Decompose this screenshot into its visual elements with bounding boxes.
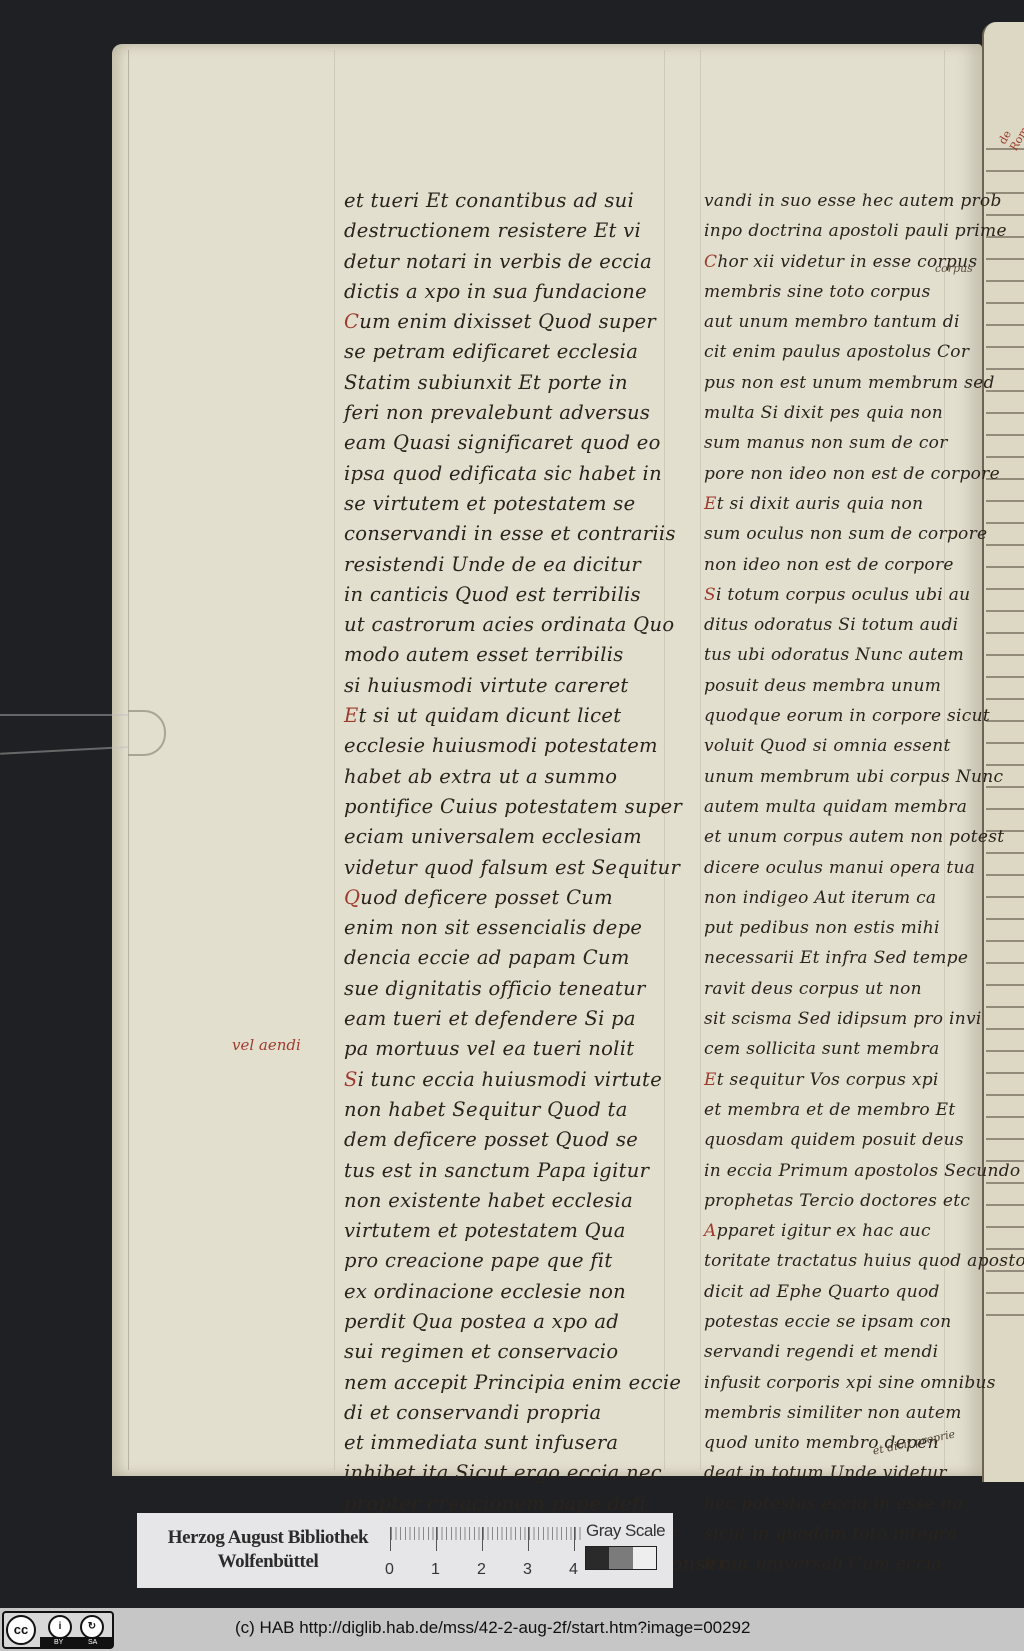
margin-note-right: corpus	[935, 262, 973, 275]
manuscript-line: inhibet ita Sicut ergo eccia nec	[344, 1458, 654, 1488]
ruler-tick	[390, 1527, 391, 1551]
page-gutter-edge	[118, 50, 129, 1470]
clip-wire	[0, 746, 128, 755]
ruler-tick	[482, 1527, 483, 1551]
manuscript-line: ravit deus corpus ut non	[704, 974, 964, 1004]
ruler-label: 1	[431, 1561, 440, 1579]
scale-ruler	[390, 1527, 581, 1549]
manuscript-line: cem sollicita sunt membra	[704, 1034, 964, 1064]
manuscript-line: inpo doctrina apostoli pauli prime	[704, 216, 964, 246]
manuscript-line: necessarii Et infra Sed tempe	[704, 943, 964, 973]
manuscript-line: Cum enim dixisset Quod super	[344, 307, 654, 337]
gray-swatch-mid	[609, 1547, 632, 1569]
manuscript-line: videtur quod falsum est Sequitur	[344, 853, 654, 883]
manuscript-line: se petram edificaret ecclesia	[344, 337, 654, 367]
manuscript-line: detur notari in verbis de eccia	[344, 247, 654, 277]
manuscript-line: pontifice Cuius potestatem super	[344, 792, 654, 822]
manuscript-line: li aut universali Cum eccia	[704, 1549, 964, 1579]
manuscript-line: autem multa quidam membra	[704, 792, 964, 822]
manuscript-line: Et si dixit auris quia non	[704, 489, 964, 519]
manuscript-line: membris sine toto corpus	[704, 277, 964, 307]
manuscript-line: sit scisma Sed idipsum pro invi	[704, 1004, 964, 1034]
manuscript-line: multa Si dixit pes quia non	[704, 398, 964, 428]
manuscript-line: feri non prevalebunt adversus	[344, 398, 654, 428]
gray-scale-label: Gray Scale	[586, 1521, 665, 1541]
manuscript-line: pus non est unum membrum sed	[704, 368, 964, 398]
manuscript-line: di et conservandi propria	[344, 1398, 654, 1428]
manuscript-line: ecclesie huiusmodi potestatem	[344, 731, 654, 761]
ruler-label: 2	[477, 1561, 486, 1579]
manuscript-line: perdit Qua postea a xpo ad	[344, 1307, 654, 1337]
margin-note-left: vel aendi	[232, 1036, 301, 1054]
manuscript-line: Et sequitur Vos corpus xpi	[704, 1065, 964, 1095]
credit-url[interactable]: (c) HAB http://diglib.hab.de/mss/42-2-au…	[235, 1618, 750, 1638]
manuscript-line: membris similiter non autem	[704, 1398, 964, 1428]
manuscript-line: hec potestas eccia in esse no	[704, 1489, 964, 1519]
gray-scale-swatches	[585, 1546, 657, 1570]
manuscript-line: Si tunc eccia huiusmodi virtute	[344, 1065, 654, 1095]
manuscript-line: modo autem esset terribilis	[344, 640, 654, 670]
manuscript-line: Apparet igitur ex hac auc	[704, 1216, 964, 1246]
ruler-label: 3	[523, 1561, 532, 1579]
manuscript-line: non habet Sequitur Quod ta	[344, 1095, 654, 1125]
ruler-tick	[528, 1527, 529, 1551]
manuscript-line: et membra et de membro Et	[704, 1095, 964, 1125]
manuscript-line: se virtutem et potestatem se	[344, 489, 654, 519]
manuscript-line: tus ubi odoratus Nunc autem	[704, 640, 964, 670]
manuscript-line: pore non ideo non est de corpore	[704, 459, 964, 489]
manuscript-line: conservandi in esse et contrariis	[344, 519, 654, 549]
license-strip	[40, 1637, 112, 1647]
manuscript-line: ditus odoratus Si totum audi	[704, 610, 964, 640]
manuscript-line: pro creacione pape que fit	[344, 1246, 654, 1276]
manuscript-line: ipsa quod edificata sic habet in	[344, 459, 654, 489]
sa-label: SA	[88, 1639, 97, 1646]
manuscript-line: resistendi Unde de ea dicitur	[344, 550, 654, 580]
manuscript-line: non existente habet ecclesia	[344, 1186, 654, 1216]
manuscript-line: deat in totum Unde videtur	[704, 1458, 964, 1488]
manuscript-line: sicut in quodam toto integra	[704, 1519, 964, 1549]
ruler-label: 4	[569, 1561, 578, 1579]
ruler-label: 0	[385, 1561, 394, 1579]
institution-line-1: Herzog August Bibliothek	[153, 1526, 383, 1550]
manuscript-line: nem accepit Principia enim eccie	[344, 1368, 654, 1398]
manuscript-line: toritate tractatus huius quod apostolus	[704, 1246, 964, 1276]
manuscript-line: sui regimen et conservacio	[344, 1337, 654, 1367]
manuscript-line: non ideo non est de corpore	[704, 550, 964, 580]
manuscript-line: virtutem et potestatem Qua	[344, 1216, 654, 1246]
institution-name: Herzog August Bibliothek Wolfenbüttel	[153, 1526, 383, 1574]
manuscript-line: ut castrorum acies ordinata Quo	[344, 610, 654, 640]
manuscript-line: Chor xii videtur in esse corpus	[704, 247, 964, 277]
ruling-line	[334, 50, 335, 1470]
manuscript-line: dictis a xpo in sua fundacione	[344, 277, 654, 307]
manuscript-line: eam Quasi significaret quod eo	[344, 428, 654, 458]
gray-swatch-light	[633, 1547, 656, 1569]
attribution-icon: i	[48, 1615, 72, 1639]
manuscript-line: infusit corporis xpi sine omnibus	[704, 1368, 964, 1398]
manuscript-line: vandi in suo esse hec autem prob	[704, 186, 964, 216]
manuscript-line: Quod deficere posset Cum	[344, 883, 654, 913]
manuscript-line: non indigeo Aut iterum ca	[704, 883, 964, 913]
manuscript-line: sum oculus non sum de corpore	[704, 519, 964, 549]
cc-icon: cc	[6, 1615, 36, 1645]
ruler-tick	[574, 1527, 575, 1551]
by-label: BY	[54, 1639, 63, 1646]
manuscript-line: Si totum corpus oculus ubi au	[704, 580, 964, 610]
manuscript-line: aut unum membro tantum di	[704, 307, 964, 337]
clip-wire	[0, 714, 128, 716]
manuscript-line: servandi regendi et mendi	[704, 1337, 964, 1367]
manuscript-line: in eccia Primum apostolos Secundo	[704, 1156, 964, 1186]
manuscript-line: et unum corpus autem non potest	[704, 822, 964, 852]
manuscript-line: in canticis Quod est terribilis	[344, 580, 654, 610]
manuscript-line: dicere oculus manui opera tua	[704, 853, 964, 883]
manuscript-line: eam tueri et defendere Si pa	[344, 1004, 654, 1034]
manuscript-line: eciam universalem ecclesiam	[344, 822, 654, 852]
manuscript-line: cit enim paulus apostolus Cor	[704, 337, 964, 367]
manuscript-line: enim non sit essencialis depe	[344, 913, 654, 943]
manuscript-line: potestas eccie se ipsam con	[704, 1307, 964, 1337]
manuscript-line: prophetas Tercio doctores etc	[704, 1186, 964, 1216]
manuscript-line: habet ab extra ut a summo	[344, 762, 654, 792]
color-target-card: Herzog August Bibliothek Wolfenbüttel 0 …	[137, 1513, 673, 1588]
manuscript-line: pa mortuus vel ea tueri nolit	[344, 1034, 654, 1064]
manuscript-line: Et si ut quidam dicunt licet	[344, 701, 654, 731]
manuscript-line: dicit ad Ephe Quarto quod	[704, 1277, 964, 1307]
manuscript-line: dem deficere posset Quod se	[344, 1125, 654, 1155]
share-alike-icon: ↻	[80, 1615, 104, 1639]
manuscript-line: posuit deus membra unum	[704, 671, 964, 701]
manuscript-line: ex ordinacione ecclesie non	[344, 1277, 654, 1307]
manuscript-line: et immediata sunt infusera	[344, 1428, 654, 1458]
gray-swatch-dark	[586, 1547, 609, 1569]
manuscript-line: si huiusmodi virtute careret	[344, 671, 654, 701]
recto-text-lines	[986, 140, 1024, 1320]
manuscript-line: Statim subiunxit Et porte in	[344, 368, 654, 398]
manuscript-line: destructionem resistere Et vi	[344, 216, 654, 246]
institution-line-2: Wolfenbüttel	[153, 1550, 383, 1574]
manuscript-line: quosdam quidem posuit deus	[704, 1125, 964, 1155]
text-column-right: vandi in suo esse hec autem probinpo doc…	[704, 186, 964, 1580]
ruling-line	[664, 50, 665, 1470]
manuscript-line: dencia eccie ad papam Cum	[344, 943, 654, 973]
clip-loop	[128, 710, 166, 756]
manuscript-line: quodque eorum in corpore sicut	[704, 701, 964, 731]
cc-license-badge[interactable]: cc i ↻ BY SA	[2, 1611, 114, 1649]
page-holder-clip	[0, 700, 165, 760]
text-column-left: et tueri Et conantibus ad suidestruction…	[344, 186, 654, 1580]
ruler-tick	[436, 1527, 437, 1551]
manuscript-line: sue dignitatis officio teneatur	[344, 974, 654, 1004]
scan-background: de Romanorum et tueri Et conantibus ad s…	[0, 0, 1024, 1608]
manuscript-line: sum manus non sum de cor	[704, 428, 964, 458]
manuscript-line: unum membrum ubi corpus Nunc	[704, 762, 964, 792]
manuscript-line: et tueri Et conantibus ad sui	[344, 186, 654, 216]
manuscript-line: voluit Quod si omnia essent	[704, 731, 964, 761]
manuscript-line: put pedibus non estis mihi	[704, 913, 964, 943]
manuscript-line: tus est in sanctum Papa igitur	[344, 1156, 654, 1186]
ruling-line	[700, 50, 701, 1470]
